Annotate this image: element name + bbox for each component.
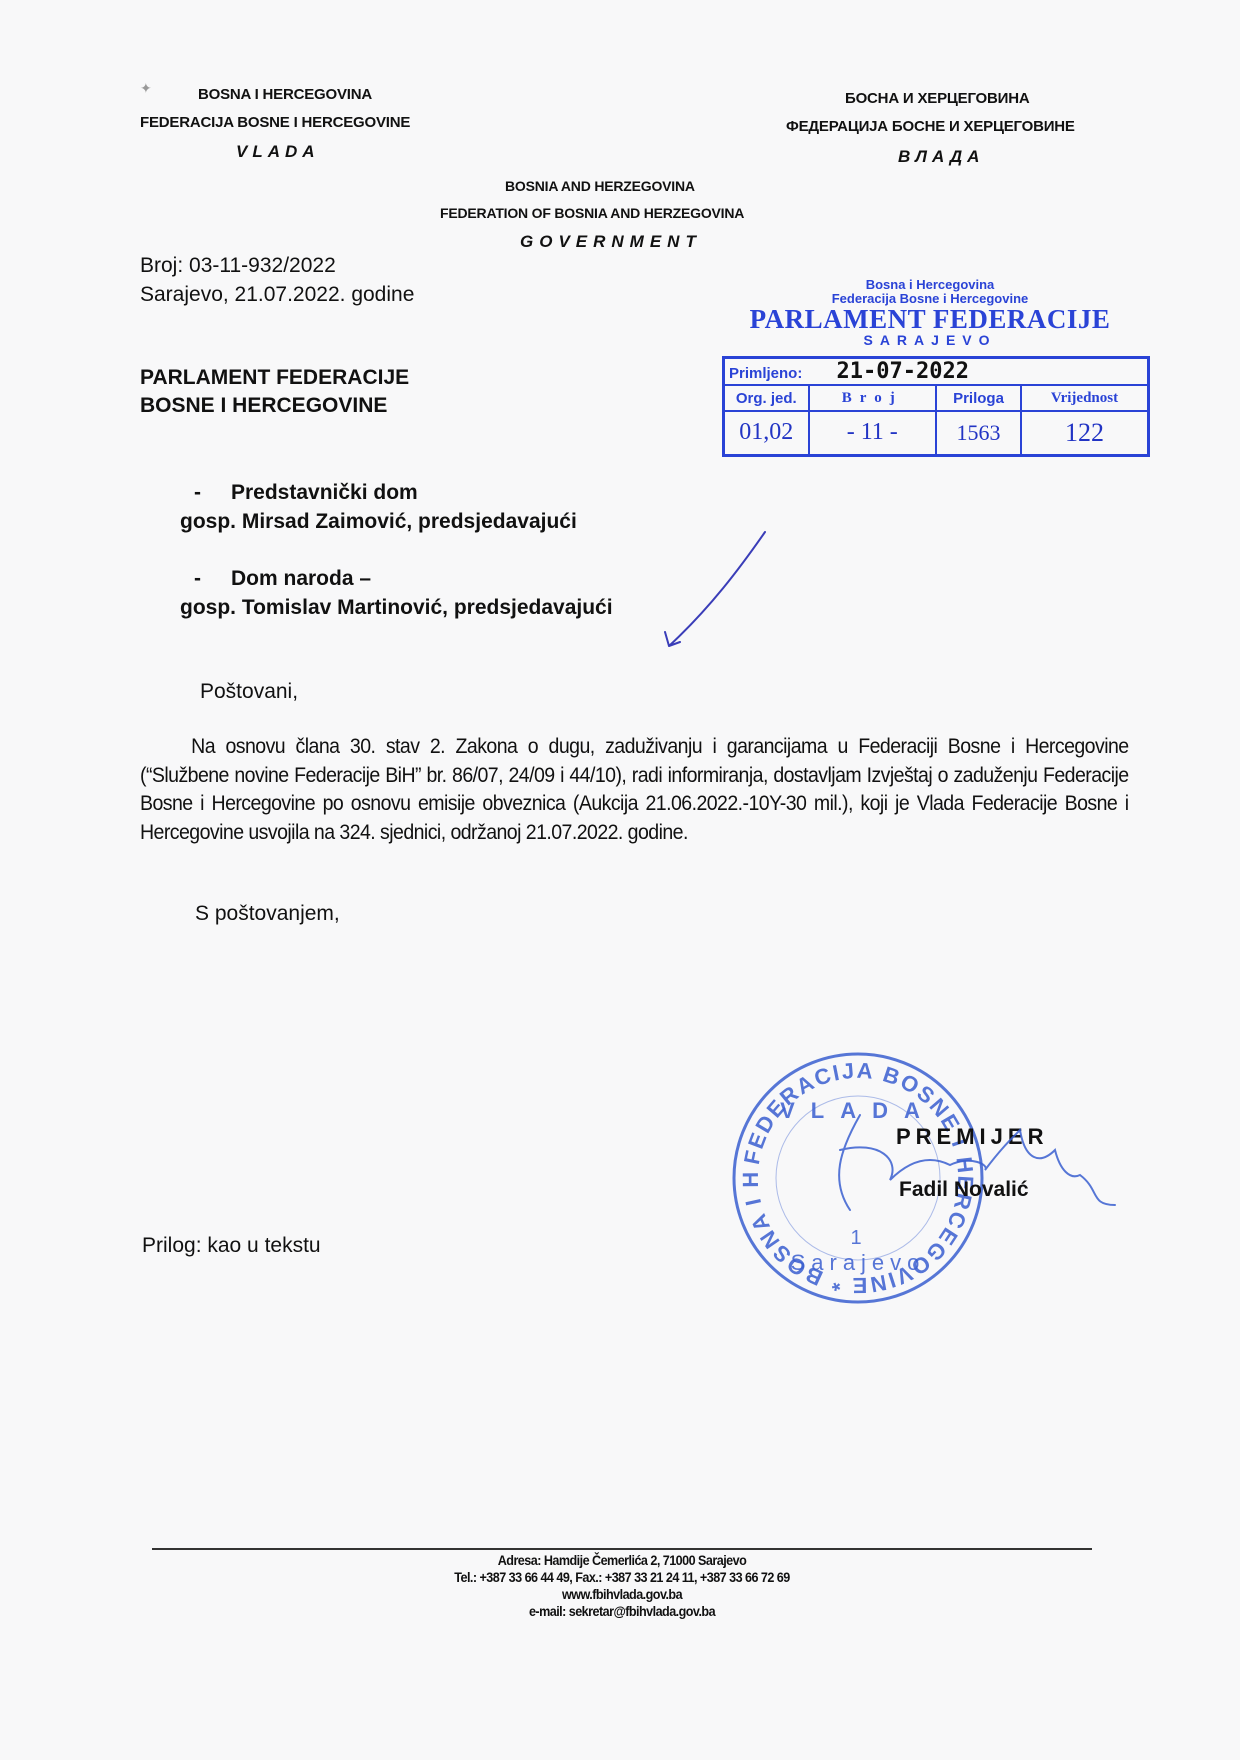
seal-number: 1 [850, 1227, 861, 1249]
reference-place-date: Sarajevo, 21.07.2022. godine [140, 281, 414, 309]
stamp-col-attachments: Priloga [936, 385, 1021, 411]
letterhead-right-country: БОСНА И ХЕРЦЕГОВИНА [845, 90, 1030, 107]
stamp-val-org: 01,02 [724, 411, 809, 455]
letterhead-right-title: ВЛАДА [898, 147, 984, 167]
recipient-line2: BOSNE I HERCEGOVINE [140, 392, 387, 420]
addressee-2-dash: - [194, 565, 201, 593]
reference-number: Broj: 03-11-932/2022 [140, 252, 336, 280]
letterhead-left-country: BOSNA I HERCEGOVINA [198, 86, 372, 103]
letterhead-center-federation: FEDERATION OF BOSNIA AND HERZEGOVINA [440, 205, 744, 221]
recipient-line1: PARLAMENT FEDERACIJE [140, 364, 409, 392]
stamp-col-value: Vrijednost [1021, 385, 1149, 411]
letterhead-left-federation: FEDERACIJA BOSNE I HERCEGOVINE [140, 114, 410, 131]
addressee-2-person: gosp. Tomislav Martinović, predsjedavaju… [180, 594, 613, 622]
letterhead-center-country: BOSNIA AND HERZEGOVINA [505, 178, 695, 194]
stamp-line-parliament: PARLAMENT FEDERACIJE [720, 306, 1140, 332]
addressee-1-dash: - [194, 479, 201, 507]
handwritten-signature-icon [820, 1110, 1120, 1220]
footer-email[interactable]: e-mail: sekretar@fbihvlada.gov.ba [199, 1603, 1045, 1620]
salutation: Poštovani, [200, 678, 298, 706]
footer-website[interactable]: www.fbihvlada.gov.ba [199, 1586, 1045, 1603]
stamp-received-label: Primljeno: [729, 365, 802, 382]
stamp-line-country: Bosna i Hercegovina [720, 278, 1140, 292]
stamp-col-number: Broj [809, 385, 937, 411]
coat-of-arms-icon: ✦ [140, 80, 154, 110]
stamp-val-number: - 11 - [809, 411, 937, 455]
stamp-line-city: SARAJEVO [720, 332, 1140, 348]
letterhead-right-federation: ФЕДЕРАЦИЈА БОСНЕ И ХЕРЦЕГОВИНЕ [786, 118, 1075, 135]
stamp-col-org: Org. jed. [724, 385, 809, 411]
footer-address: Adresa: Hamdije Čemerlića 2, 71000 Saraj… [199, 1552, 1045, 1569]
addressee-1-house: Predstavnički dom [231, 479, 418, 507]
addressee-2-house: Dom naroda – [231, 565, 371, 593]
body-paragraph: Na osnovu člana 30. stav 2. Zakona o dug… [140, 733, 1129, 847]
seal-city: Sarajevo [791, 1250, 926, 1275]
footer: Adresa: Hamdije Čemerlića 2, 71000 Saraj… [199, 1552, 1045, 1620]
footer-divider [152, 1548, 1092, 1550]
receipt-stamp: Bosna i Hercegovina Federacija Bosne i H… [720, 278, 1140, 348]
receipt-stamp-box: Primljeno: 21-07-2022 Org. jed. Broj Pri… [722, 356, 1150, 457]
letterhead-left-title: VLADA [236, 142, 320, 162]
addressee-1-person: gosp. Mirsad Zaimović, predsjedavajući [180, 508, 577, 536]
stamp-received-date: 21-07-2022 [837, 359, 969, 384]
footer-phones: Tel.: +387 33 66 44 49, Fax.: +387 33 21… [199, 1569, 1045, 1586]
letterhead-center-title: GOVERNMENT [520, 232, 702, 252]
stamp-val-attachments: 1563 [936, 411, 1021, 455]
stamp-val-value: 122 [1021, 411, 1149, 455]
closing: S poštovanjem, [195, 900, 340, 928]
checkmark-icon [650, 528, 770, 658]
attachment-note: Prilog: kao u tekstu [142, 1232, 321, 1260]
